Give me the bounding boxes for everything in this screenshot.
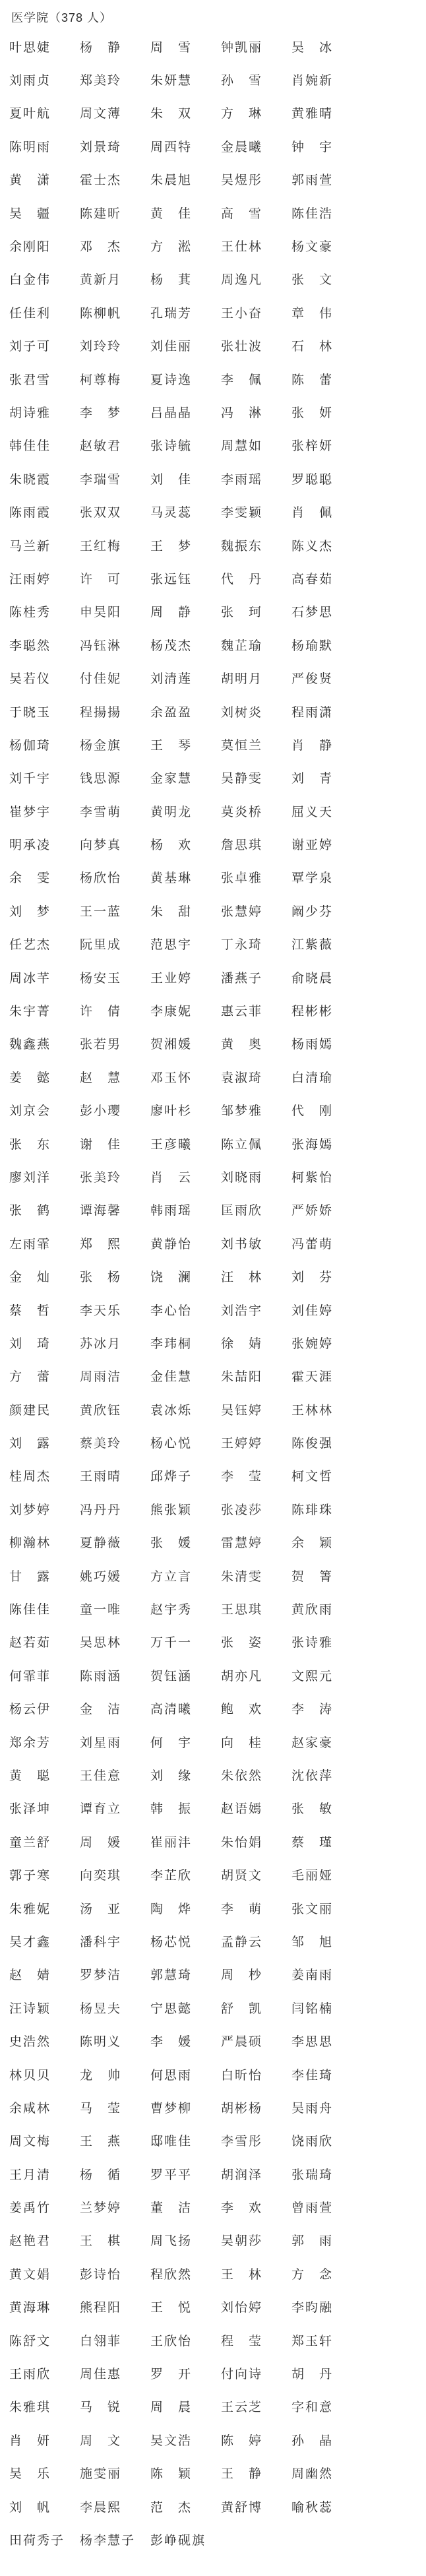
roster-name: 王 棋 — [80, 2224, 150, 2257]
roster-name: 桂周杰 — [9, 1459, 80, 1492]
roster-name: 李玮桐 — [150, 1326, 221, 1359]
roster-name: 蔡 瑾 — [291, 1825, 362, 1858]
roster-name: 韩佳佳 — [9, 429, 80, 462]
roster-name: 霍士杰 — [80, 163, 150, 196]
roster-name: 李 佩 — [221, 362, 291, 395]
roster-name: 白金伟 — [9, 263, 80, 296]
roster-name: 余 颖 — [291, 1526, 362, 1559]
roster-name: 吴才鑫 — [9, 1924, 80, 1957]
roster-name: 郭 雨 — [291, 2224, 362, 2257]
roster-name: 张海嫣 — [291, 1127, 362, 1160]
roster-name: 高春茹 — [291, 561, 362, 594]
roster-name: 金 灿 — [9, 1259, 80, 1292]
roster-name: 张 东 — [9, 1127, 80, 1160]
roster-name: 赵 慧 — [80, 1060, 150, 1093]
roster-name: 夏静薇 — [80, 1526, 150, 1559]
roster-name: 曾雨萱 — [291, 2190, 362, 2223]
roster-name: 王雨晴 — [80, 1459, 150, 1492]
roster-name: 阮里成 — [80, 927, 150, 960]
roster-name: 方 念 — [291, 2257, 362, 2290]
roster-name: 程揚揚 — [80, 695, 150, 728]
roster-grid: 叶思婕杨 静周 雪钟凯丽吴 冰刘雨贞郑美玲朱妍慧孙 雪肖婉新夏叶航周文薄朱 双方… — [0, 26, 426, 2556]
roster-name: 邓 杰 — [80, 229, 150, 262]
roster-name: 申昊阳 — [80, 595, 150, 628]
roster-name: 王仕林 — [221, 229, 291, 262]
roster-name: 孙 晶 — [291, 2423, 362, 2456]
roster-name: 杨安玉 — [80, 960, 150, 993]
roster-name: 叶思婕 — [9, 30, 80, 63]
roster-name: 蔡 哲 — [9, 1293, 80, 1326]
roster-name: 覃学泉 — [291, 861, 362, 894]
roster-name: 龙 帅 — [80, 2058, 150, 2090]
roster-name: 胡贤文 — [221, 1858, 291, 1891]
roster-name: 何霏菲 — [9, 1658, 80, 1691]
roster-name: 贺湘媛 — [150, 1027, 221, 1060]
roster-name: 李思思 — [291, 2024, 362, 2057]
roster-name: 王彦曦 — [150, 1127, 221, 1160]
roster-name: 吴 冰 — [291, 30, 362, 63]
roster-name: 李康妮 — [150, 993, 221, 1026]
roster-name: 周逸凡 — [221, 263, 291, 296]
roster-name: 王佳意 — [80, 1758, 150, 1791]
roster-name: 杨瑜默 — [291, 628, 362, 661]
roster-name: 孔瑞芳 — [150, 296, 221, 329]
roster-name: 陈舒文 — [9, 2323, 80, 2356]
roster-name: 王业婷 — [150, 960, 221, 993]
roster-name: 詹思琪 — [221, 827, 291, 860]
roster-name: 江紫薇 — [291, 927, 362, 960]
roster-name: 刘雨贞 — [9, 63, 80, 96]
roster-name: 张远钰 — [150, 561, 221, 594]
roster-name: 郭慧琦 — [150, 1958, 221, 1991]
roster-name: 章 伟 — [291, 296, 362, 329]
roster-name: 霍天涯 — [291, 1360, 362, 1393]
roster-name: 胡诗雅 — [9, 395, 80, 428]
roster-name: 王 林 — [221, 2257, 291, 2290]
roster-name: 杨 静 — [80, 30, 150, 63]
roster-name: 刘佳婷 — [291, 1293, 362, 1326]
roster-name: 刘树炎 — [221, 695, 291, 728]
roster-name: 周飞扬 — [150, 2224, 221, 2257]
roster-name: 王 梦 — [150, 528, 221, 561]
roster-name: 袁淑琦 — [221, 1060, 291, 1093]
roster-name: 柳瀚林 — [9, 1526, 80, 1559]
roster-name: 张 媛 — [150, 1526, 221, 1559]
roster-name: 杨伽琦 — [9, 728, 80, 761]
roster-name: 周慧如 — [221, 429, 291, 462]
roster-name: 李雪彤 — [221, 2124, 291, 2157]
roster-name: 孟静云 — [221, 1924, 291, 1957]
roster-name: 王思琪 — [221, 1592, 291, 1625]
roster-name: 李聪然 — [9, 628, 80, 661]
roster-name: 廖刘洋 — [9, 1160, 80, 1193]
roster-name: 马 锐 — [80, 2390, 150, 2423]
roster-name: 莫恒兰 — [221, 728, 291, 761]
roster-name: 崔丽沣 — [150, 1825, 221, 1858]
roster-name: 韩 振 — [150, 1792, 221, 1825]
roster-name: 程彬彬 — [291, 993, 362, 1026]
roster-name: 韩雨瑶 — [150, 1193, 221, 1226]
roster-name: 向 桂 — [221, 1725, 291, 1758]
roster-name: 彭诗怡 — [80, 2257, 150, 2290]
roster-name: 陈雨霞 — [9, 495, 80, 528]
roster-name: 曹梦柳 — [150, 2090, 221, 2123]
roster-name: 金家慧 — [150, 761, 221, 794]
roster-name: 陈雨涵 — [80, 1658, 150, 1691]
roster-name: 张 杨 — [80, 1259, 150, 1292]
roster-name: 赵敏君 — [80, 429, 150, 462]
roster-name: 饶 澜 — [150, 1259, 221, 1292]
roster-name: 字和意 — [291, 2390, 362, 2423]
roster-name: 甘 露 — [9, 1559, 80, 1592]
roster-name: 周 雪 — [150, 30, 221, 63]
roster-name: 鲍 欢 — [221, 1692, 291, 1725]
roster-name: 张诗毓 — [150, 429, 221, 462]
roster-name: 石梦思 — [291, 595, 362, 628]
roster-name: 张 珂 — [221, 595, 291, 628]
roster-name: 张文丽 — [291, 1891, 362, 1924]
roster-name: 闫铭楠 — [291, 1991, 362, 2024]
roster-name: 李佳琦 — [291, 2058, 362, 2090]
roster-name: 吴文浩 — [150, 2423, 221, 2456]
roster-name: 贺 箐 — [291, 1559, 362, 1592]
roster-name: 白翎菲 — [80, 2323, 150, 2356]
roster-name: 袁冰烁 — [150, 1393, 221, 1426]
roster-name: 黄基琳 — [150, 861, 221, 894]
roster-name: 罗聪聪 — [291, 462, 362, 495]
roster-name: 杨茂杰 — [150, 628, 221, 661]
roster-name: 周 媛 — [80, 1825, 150, 1858]
roster-name: 周冰芊 — [9, 960, 80, 993]
roster-name: 钱思源 — [80, 761, 150, 794]
roster-name: 张慧婷 — [221, 894, 291, 927]
roster-name: 童兰舒 — [9, 1825, 80, 1858]
roster-name: 陈立佩 — [221, 1127, 291, 1160]
roster-name: 张 妍 — [291, 395, 362, 428]
roster-name: 林贝贝 — [9, 2058, 80, 2090]
roster-name: 代 刚 — [291, 1094, 362, 1127]
roster-name: 向奕琪 — [80, 1858, 150, 1891]
roster-name: 杨昱夫 — [80, 1991, 150, 2024]
roster-name: 朱妍慧 — [150, 63, 221, 96]
roster-name: 张婉婷 — [291, 1326, 362, 1359]
roster-name: 赵艳君 — [9, 2224, 80, 2257]
roster-name: 白昕怡 — [221, 2058, 291, 2090]
roster-name: 陈俊强 — [291, 1426, 362, 1459]
roster-name: 陈桂秀 — [9, 595, 80, 628]
roster-name: 朱 双 — [150, 96, 221, 129]
roster-name: 汪诗颖 — [9, 1991, 80, 2024]
roster-name: 周西特 — [150, 129, 221, 162]
roster-name: 邹 旭 — [291, 1924, 362, 1957]
roster-name: 张 鹤 — [9, 1193, 80, 1226]
roster-name: 陈明义 — [80, 2024, 150, 2057]
roster-name: 周佳惠 — [80, 2356, 150, 2389]
roster-name: 李雯颖 — [221, 495, 291, 528]
roster-name: 杨李慧子 — [80, 2523, 150, 2556]
roster-name: 黄舒博 — [221, 2490, 291, 2523]
roster-name: 钟凯丽 — [221, 30, 291, 63]
roster-name: 杨金旗 — [80, 728, 150, 761]
roster-name: 郑余芳 — [9, 1725, 80, 1758]
roster-name: 王月清 — [9, 2157, 80, 2190]
roster-name: 黄 聪 — [9, 1758, 80, 1791]
roster-name: 魏鑫燕 — [9, 1027, 80, 1060]
roster-name: 崔梦宇 — [9, 794, 80, 827]
roster-name: 王 燕 — [80, 2124, 150, 2157]
roster-name: 汤 亚 — [80, 1891, 150, 1924]
roster-name: 屈义天 — [291, 794, 362, 827]
roster-name: 向梦真 — [80, 827, 150, 860]
roster-name: 郭子寒 — [9, 1858, 80, 1891]
roster-name: 明承凌 — [9, 827, 80, 860]
roster-name: 李雪萌 — [80, 794, 150, 827]
roster-name: 李心怡 — [150, 1293, 221, 1326]
roster-name: 罗 开 — [150, 2356, 221, 2389]
roster-name: 刘 梦 — [9, 894, 80, 927]
roster-name: 王 琴 — [150, 728, 221, 761]
roster-name: 刘 芬 — [291, 1259, 362, 1292]
roster-name: 魏芷瑜 — [221, 628, 291, 661]
roster-name: 邹梦雅 — [221, 1094, 291, 1127]
roster-name: 冯 淋 — [221, 395, 291, 428]
roster-name: 余刚阳 — [9, 229, 80, 262]
roster-name: 潘科宇 — [80, 1924, 150, 1957]
roster-name: 高 雪 — [221, 196, 291, 229]
roster-name: 阚少芬 — [291, 894, 362, 927]
roster-name: 程欣然 — [150, 2257, 221, 2290]
roster-name: 刘 缘 — [150, 1758, 221, 1791]
roster-name: 李瑞雪 — [80, 462, 150, 495]
roster-name: 马灵蕊 — [150, 495, 221, 528]
roster-name: 王林林 — [291, 1393, 362, 1426]
roster-name: 程 莹 — [221, 2323, 291, 2356]
roster-name: 彭峥砚旗 — [150, 2523, 221, 2556]
roster-name: 周 文 — [80, 2423, 150, 2456]
roster-name: 魏振东 — [221, 528, 291, 561]
roster-name: 杨欣怡 — [80, 861, 150, 894]
roster-name: 刘梦婷 — [9, 1492, 80, 1525]
roster-name: 吴思林 — [80, 1625, 150, 1658]
roster-name: 刘景琦 — [80, 129, 150, 162]
roster-name: 张瑞琦 — [291, 2157, 362, 2190]
roster-name: 严娇娇 — [291, 1193, 362, 1226]
roster-name: 冯丹丹 — [80, 1492, 150, 1525]
roster-name: 刘京会 — [9, 1094, 80, 1127]
roster-name: 文熙元 — [291, 1658, 362, 1691]
roster-name: 吴钰婷 — [221, 1393, 291, 1426]
roster-name: 李 欢 — [221, 2190, 291, 2223]
roster-name: 周幽然 — [291, 2457, 362, 2490]
roster-name: 饶雨欣 — [291, 2124, 362, 2157]
roster-name: 董 洁 — [150, 2190, 221, 2223]
roster-name: 朱宇菁 — [9, 993, 80, 1026]
roster-name: 刘 琦 — [9, 1326, 80, 1359]
roster-name: 张双双 — [80, 495, 150, 528]
roster-name: 张美玲 — [80, 1160, 150, 1193]
roster-name: 张若男 — [80, 1027, 150, 1060]
roster-name: 白清瑜 — [291, 1060, 362, 1093]
roster-name: 付佳妮 — [80, 661, 150, 694]
roster-name: 方 蕾 — [9, 1360, 80, 1393]
roster-name: 陶 烨 — [150, 1891, 221, 1924]
roster-name: 兰梦婷 — [80, 2190, 150, 2223]
roster-name: 金 洁 — [80, 1692, 150, 1725]
roster-name: 周 晨 — [150, 2390, 221, 2423]
roster-name: 王云芝 — [221, 2390, 291, 2423]
roster-name: 舒 凯 — [221, 1991, 291, 2024]
roster-name: 冯蕾萌 — [291, 1226, 362, 1259]
roster-name: 刘书敏 — [221, 1226, 291, 1259]
roster-name: 刘怡婷 — [221, 2290, 291, 2323]
roster-name: 莫炎桥 — [221, 794, 291, 827]
roster-name: 付向诗 — [221, 2356, 291, 2389]
roster-name: 高清曦 — [150, 1692, 221, 1725]
roster-name: 熊张颖 — [150, 1492, 221, 1525]
roster-name: 朱喆阳 — [221, 1360, 291, 1393]
roster-name: 喻秋蕊 — [291, 2490, 362, 2523]
roster-name: 严晨硕 — [221, 2024, 291, 2057]
roster-name: 胡彬杨 — [221, 2090, 291, 2123]
roster-name: 刘 露 — [9, 1426, 80, 1459]
roster-name: 余 雯 — [9, 861, 80, 894]
roster-name: 刘佳丽 — [150, 329, 221, 362]
roster-name: 颜建民 — [9, 1393, 80, 1426]
roster-name: 朱雅琪 — [9, 2390, 80, 2423]
roster-name: 朱雅妮 — [9, 1891, 80, 1924]
roster-name: 柯紫怡 — [291, 1160, 362, 1193]
roster-name: 赵宇秀 — [150, 1592, 221, 1625]
roster-name: 朱清雯 — [221, 1559, 291, 1592]
roster-name: 肖婉新 — [291, 63, 362, 96]
roster-name: 李 梦 — [80, 395, 150, 428]
roster-name: 杨心悦 — [150, 1426, 221, 1459]
roster-name: 陈佳浩 — [291, 196, 362, 229]
roster-name: 黄欣雨 — [291, 1592, 362, 1625]
roster-name: 李昀融 — [291, 2290, 362, 2323]
roster-name: 刘 帆 — [9, 2490, 80, 2523]
roster-name: 陈建昕 — [80, 196, 150, 229]
roster-name: 张壮波 — [221, 329, 291, 362]
roster-name: 刘浩宇 — [221, 1293, 291, 1326]
roster-name: 肖 佩 — [291, 495, 362, 528]
roster-name: 胡亦凡 — [221, 1658, 291, 1691]
roster-name: 钟 宇 — [291, 129, 362, 162]
roster-name: 陈 蕾 — [291, 362, 362, 395]
roster-name: 徐 婧 — [221, 1326, 291, 1359]
roster-name: 吕晶晶 — [150, 395, 221, 428]
roster-name: 廖叶杉 — [150, 1094, 221, 1127]
roster-name: 陈 颖 — [150, 2457, 221, 2490]
roster-name: 杨芯悦 — [150, 1924, 221, 1957]
roster-name: 肖 云 — [150, 1160, 221, 1193]
roster-name: 田荷秀子 — [9, 2523, 80, 2556]
roster-name: 李晨熙 — [80, 2490, 150, 2523]
roster-name: 严俊贤 — [291, 661, 362, 694]
roster-name: 宁思懿 — [150, 1991, 221, 2024]
roster-name: 彭小璎 — [80, 1094, 150, 1127]
roster-name: 胡润泽 — [221, 2157, 291, 2190]
roster-name: 余盈盈 — [150, 695, 221, 728]
roster-name: 李雨瑶 — [221, 462, 291, 495]
roster-name: 肖 静 — [291, 728, 362, 761]
roster-name: 吴 乐 — [9, 2457, 80, 2490]
roster-name: 金晨曦 — [221, 129, 291, 162]
roster-name: 陈义杰 — [291, 528, 362, 561]
roster-name: 马兰新 — [9, 528, 80, 561]
roster-name: 方 琳 — [221, 96, 291, 129]
roster-name: 张卓雅 — [221, 861, 291, 894]
roster-name: 任佳利 — [9, 296, 80, 329]
roster-name: 杨文豪 — [291, 229, 362, 262]
roster-name: 张 姿 — [221, 1625, 291, 1658]
roster-name: 朱依然 — [221, 1758, 291, 1791]
roster-name: 刘子可 — [9, 329, 80, 362]
roster-name: 王雨欣 — [9, 2356, 80, 2389]
roster-name: 左雨霏 — [9, 1226, 80, 1259]
roster-name: 黄 奥 — [221, 1027, 291, 1060]
roster-name: 毛丽娅 — [291, 1858, 362, 1891]
roster-name: 郑美玲 — [80, 63, 150, 96]
roster-name: 朱晨旭 — [150, 163, 221, 196]
roster-name: 代 丹 — [221, 561, 291, 594]
roster-name: 夏诗逸 — [150, 362, 221, 395]
roster-name: 王红梅 — [80, 528, 150, 561]
roster-name: 汪 林 — [221, 1259, 291, 1292]
roster-name: 杨 循 — [80, 2157, 150, 2190]
roster-name: 赵家豪 — [291, 1725, 362, 1758]
roster-name: 张泽坤 — [9, 1792, 80, 1825]
roster-name: 许 可 — [80, 561, 150, 594]
roster-name: 于晓玉 — [9, 695, 80, 728]
roster-name: 姜禹竹 — [9, 2190, 80, 2223]
roster-name: 匡雨欣 — [221, 1193, 291, 1226]
roster-name: 夏叶航 — [9, 96, 80, 129]
roster-name: 邱烨子 — [150, 1459, 221, 1492]
roster-name: 邸唯佳 — [150, 2124, 221, 2157]
roster-name: 朱晓霞 — [9, 462, 80, 495]
roster-name: 柯文哲 — [291, 1459, 362, 1492]
roster-name: 惠云菲 — [221, 993, 291, 1026]
roster-name: 谢亚婷 — [291, 827, 362, 860]
roster-name: 张 文 — [291, 263, 362, 296]
roster-name: 胡明月 — [221, 661, 291, 694]
roster-name: 范思宇 — [150, 927, 221, 960]
roster-name: 吴若仪 — [9, 661, 80, 694]
roster-name: 赵 婧 — [9, 1958, 80, 1991]
roster-name: 朱怡娟 — [221, 1825, 291, 1858]
roster-name: 谢 佳 — [80, 1127, 150, 1160]
roster-name: 童一唯 — [80, 1592, 150, 1625]
roster-name: 姚巧媛 — [80, 1559, 150, 1592]
roster-name: 黄明龙 — [150, 794, 221, 827]
roster-name: 马 莹 — [80, 2090, 150, 2123]
page-title: 医学院（378 人） — [0, 0, 426, 26]
roster-name: 罗梦洁 — [80, 1958, 150, 1991]
roster-name: 王一蓝 — [80, 894, 150, 927]
roster-name: 范 杰 — [150, 2490, 221, 2523]
roster-name: 吴 疆 — [9, 196, 80, 229]
roster-name: 李 莹 — [221, 1459, 291, 1492]
roster-name: 杨云伊 — [9, 1692, 80, 1725]
roster-name: 柯尊梅 — [80, 362, 150, 395]
roster-name: 黄文娟 — [9, 2257, 80, 2290]
roster-name: 苏冰月 — [80, 1326, 150, 1359]
roster-name: 刘玲玲 — [80, 329, 150, 362]
roster-name: 汪雨婷 — [9, 561, 80, 594]
roster-name: 陈琲珠 — [291, 1492, 362, 1525]
roster-name: 朱 甜 — [150, 894, 221, 927]
